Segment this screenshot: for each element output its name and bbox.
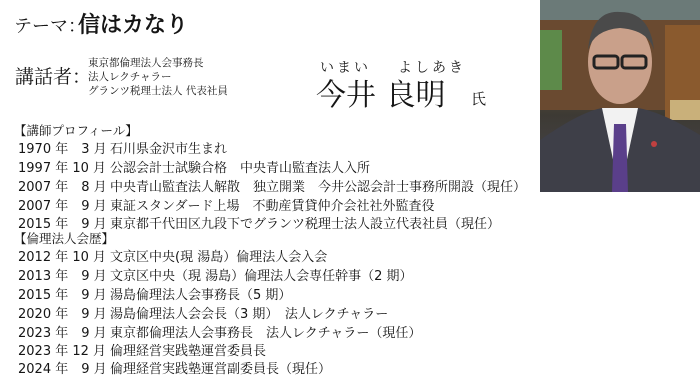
- profile-event: 東京都千代田区九段下でグランツ税理士法人設立代表社員（現任）: [110, 213, 500, 232]
- rinri-row: 2023 年 12 月倫理経営実践塾運営委員長: [18, 340, 266, 359]
- profile-row: 1997 年 10 月公認会計士試験合格 中央青山監査法人入所: [18, 157, 370, 176]
- rinri-event: 倫理経営実践塾運営副委員長（現任）: [110, 358, 331, 377]
- profile-event: 石川県金沢市生まれ: [110, 138, 227, 157]
- profile-row: 2007 年 9 月東証スタンダード上場 不動産賃貸仲介会社社外監査役: [18, 195, 434, 214]
- profile-row: 1970 年 3 月石川県金沢市生まれ: [18, 138, 227, 157]
- rinri-heading: 【倫理法人会歴】: [14, 229, 114, 247]
- speaker-label: 講話者：: [15, 62, 91, 89]
- rinri-event: 倫理経営実践塾運営委員長: [110, 340, 266, 359]
- rinri-date: 2020 年 9 月: [18, 303, 110, 322]
- profile-event: 東証スタンダード上場 不動産賃貸仲介会社社外監査役: [110, 195, 434, 214]
- speaker-title: グランツ税理士法人 代表社員: [88, 84, 228, 98]
- speaker-photo: [540, 0, 700, 192]
- rinri-date: 2023 年 12 月: [18, 340, 110, 359]
- speaker-title: 東京都倫理法人会事務長: [88, 56, 228, 70]
- rinri-date: 2023 年 9 月: [18, 322, 110, 341]
- rinri-event: 湯島倫理法人会事務長（5 期）: [110, 284, 291, 303]
- profile-event: 中央青山監査法人解散 独立開業 今井公認会計士事務所開設（現任）: [110, 176, 526, 195]
- theme-title: 信はカなり: [78, 8, 188, 39]
- profile-heading: 【講師プロフィール】: [14, 121, 138, 139]
- rinri-event: 東京都倫理法人会事務長 法人レクチャラー（現任）: [110, 322, 421, 341]
- rinri-date: 2012 年 10 月: [18, 246, 110, 265]
- rinri-row: 2012 年 10 月文京区中央(現 湯島）倫理法人会入会: [18, 246, 327, 265]
- profile-event: 公認会計士試験合格 中央青山監査法人入所: [110, 157, 370, 176]
- portrait-illustration: [540, 0, 700, 192]
- rinri-event: 湯島倫理法人会会長（3 期） 法人レクチャラー: [110, 303, 388, 322]
- rinri-row: 2020 年 9 月湯島倫理法人会会長（3 期） 法人レクチャラー: [18, 303, 388, 322]
- profile-date: 2007 年 9 月: [18, 195, 110, 214]
- profile-row: 2007 年 8 月中央青山監査法人解散 独立開業 今井公認会計士事務所開設（現…: [18, 176, 526, 195]
- speaker-titles: 東京都倫理法人会事務長 法人レクチャラー グランツ税理士法人 代表社員: [88, 56, 228, 98]
- rinri-date: 2013 年 9 月: [18, 265, 110, 284]
- rinri-date: 2024 年 9 月: [18, 358, 110, 377]
- speaker-name: 今井 良明: [316, 70, 446, 114]
- rinri-row: 2024 年 9 月倫理経営実践塾運営副委員長（現任）: [18, 358, 331, 377]
- honorific: 氏: [471, 88, 486, 109]
- rinri-event: 文京区中央(現 湯島）倫理法人会入会: [110, 246, 327, 265]
- rinri-event: 文京区中央（現 湯島）倫理法人会専任幹事（2 期）: [110, 265, 413, 284]
- rinri-date: 2015 年 9 月: [18, 284, 110, 303]
- rinri-row: 2013 年 9 月文京区中央（現 湯島）倫理法人会専任幹事（2 期）: [18, 265, 413, 284]
- theme-label: テーマ：: [14, 12, 86, 38]
- profile-date: 1970 年 3 月: [18, 138, 110, 157]
- rinri-row: 2015 年 9 月湯島倫理法人会事務長（5 期）: [18, 284, 291, 303]
- speaker-title: 法人レクチャラー: [88, 70, 228, 84]
- rinri-row: 2023 年 9 月東京都倫理法人会事務長 法人レクチャラー（現任）: [18, 322, 421, 341]
- profile-date: 1997 年 10 月: [18, 157, 110, 176]
- profile-date: 2007 年 8 月: [18, 176, 110, 195]
